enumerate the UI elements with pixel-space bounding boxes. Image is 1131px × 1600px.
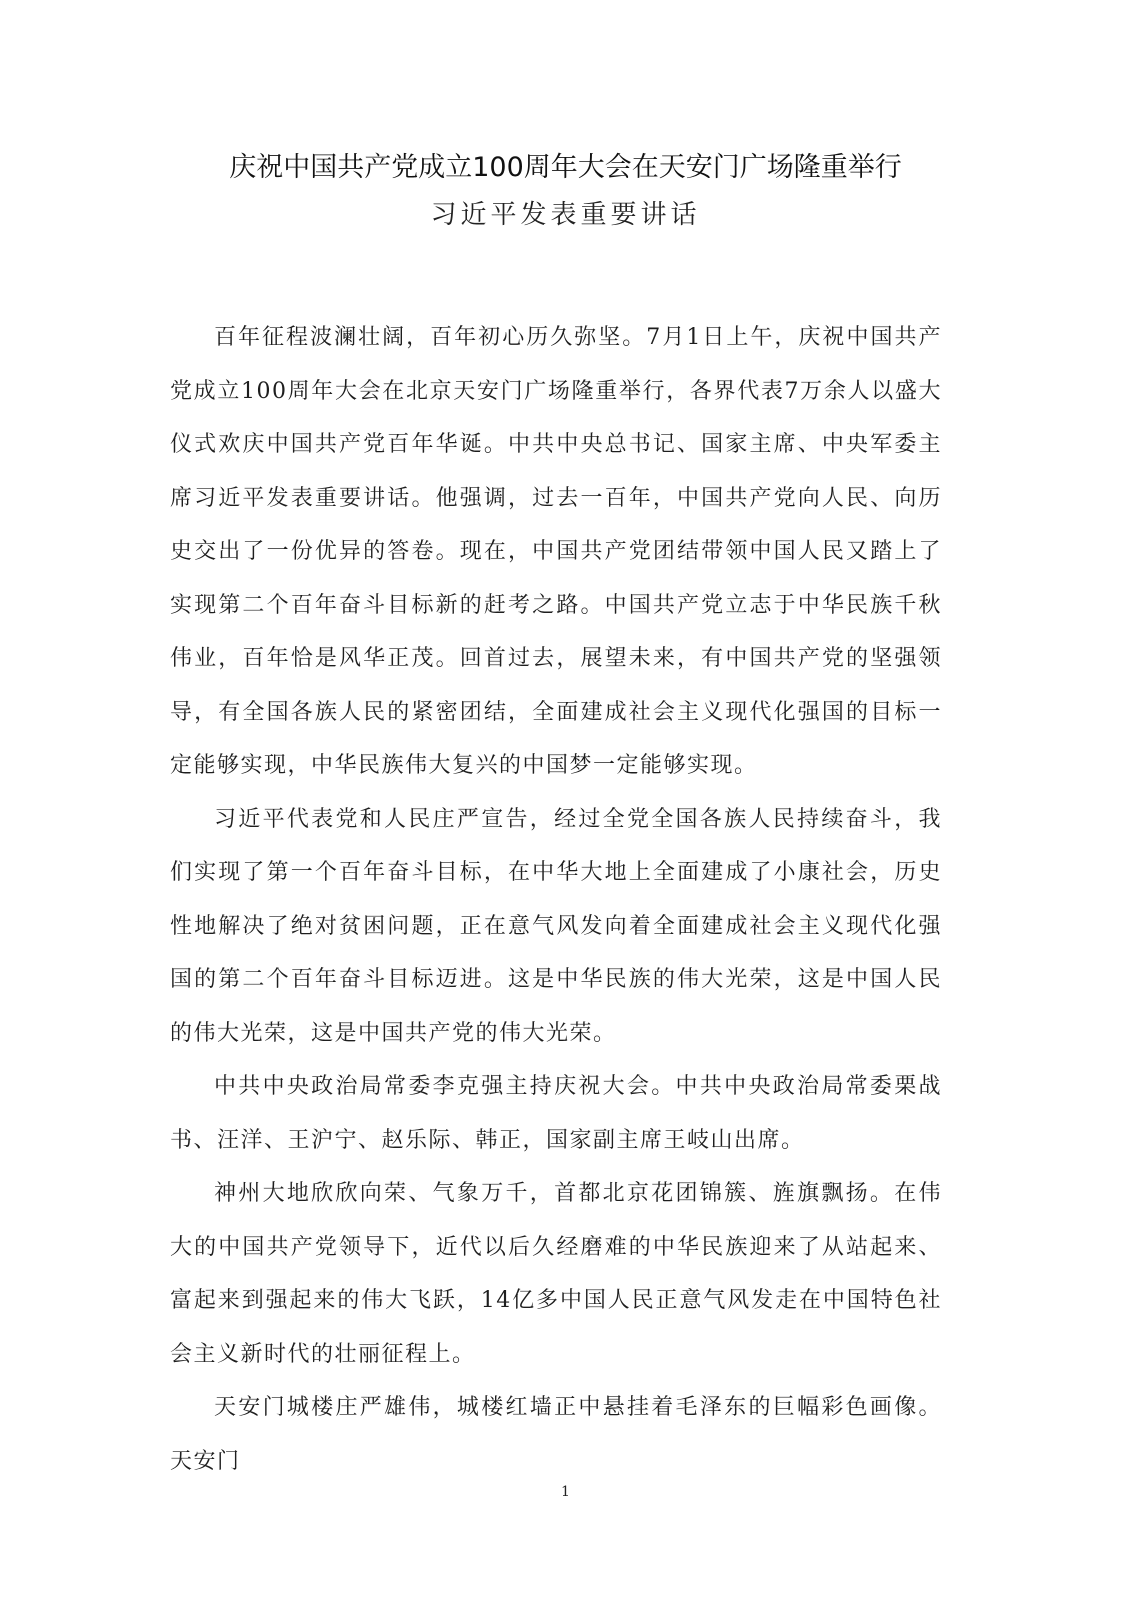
paragraph-4: 神州大地欣欣向荣、气象万千，首都北京花团锦簇、旌旗飘扬。在伟大的中国共产党领导下… (170, 1167, 942, 1381)
document-title: 庆祝中国共产党成立100周年大会在天安门广场隆重举行 (0, 150, 1131, 186)
paragraph-5: 天安门城楼庄严雄伟，城楼红墙正中悬挂着毛泽东的巨幅彩色画像。天安门 (170, 1381, 942, 1488)
paragraph-3: 中共中央政治局常委李克强主持庆祝大会。中共中央政治局常委栗战书、汪洋、王沪宁、赵… (170, 1060, 942, 1167)
document-body: 百年征程波澜壮阔，百年初心历久弥坚。7月1日上午，庆祝中国共产党成立100周年大… (170, 311, 942, 1488)
paragraph-1: 百年征程波澜壮阔，百年初心历久弥坚。7月1日上午，庆祝中国共产党成立100周年大… (170, 311, 942, 793)
page-number: 1 (0, 1484, 1131, 1500)
paragraph-2: 习近平代表党和人民庄严宣告，经过全党全国各族人民持续奋斗，我们实现了第一个百年奋… (170, 793, 942, 1061)
document-page: 庆祝中国共产党成立100周年大会在天安门广场隆重举行 习近平发表重要讲话 百年征… (0, 0, 1131, 1600)
document-subtitle: 习近平发表重要讲话 (0, 197, 1131, 233)
